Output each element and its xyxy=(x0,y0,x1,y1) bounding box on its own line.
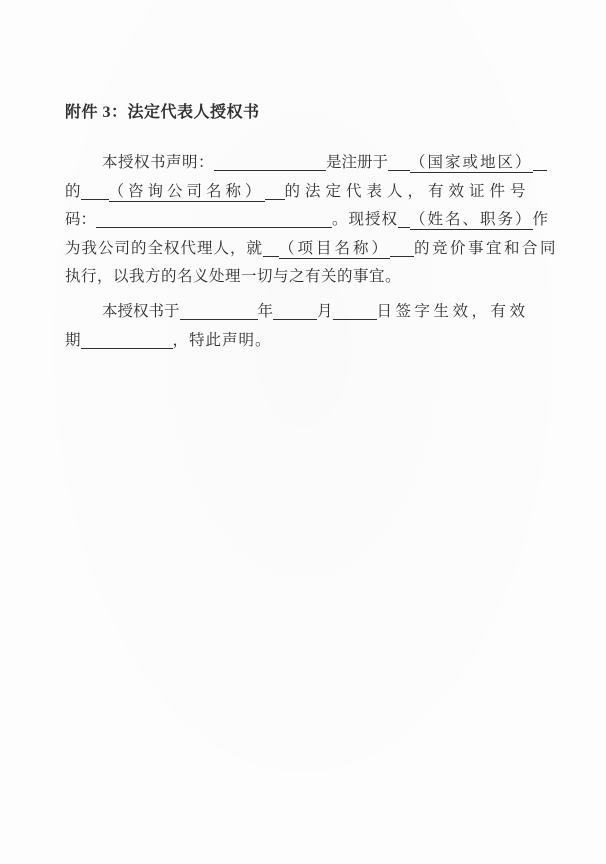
text-line: 本授权书于年月日签字生效，有效 xyxy=(65,298,551,327)
authorization-declaration-paragraph: 本授权书声明：是注册于（国家或地区） 的（咨询公司名称）的法定代表人，有效证件号… xyxy=(65,149,551,292)
blank-declarant-name xyxy=(214,157,326,171)
bidding-matters-text: 的竞价事宜和合同 xyxy=(414,240,558,257)
project-name-placeholder: （项目名称） xyxy=(279,240,390,259)
text-line: 码：。现授权（姓名、职务）作 xyxy=(65,206,551,235)
handle-all-matters-text: 执行，以我方的名义处理一切与之有关的事宜。 xyxy=(65,268,401,285)
registered-in-text: 是注册于 xyxy=(326,154,388,171)
blank-company-name-tail xyxy=(265,186,285,200)
effective-upon-signature-text: 日签字生效，有效 xyxy=(377,303,529,320)
document-page: 附件 3：法定代表人授权书 本授权书声明：是注册于（国家或地区） 的（咨询公司名… xyxy=(0,0,606,864)
company-name-placeholder: （咨询公司名称） xyxy=(109,183,265,202)
attachment-title: 附件 3：法定代表人授权书 xyxy=(65,99,260,122)
blank-day xyxy=(333,306,377,320)
month-label-text: 月 xyxy=(317,303,333,320)
blank-country-region-lead xyxy=(388,157,410,171)
blank-company-name-lead xyxy=(81,186,109,200)
of-text: 的 xyxy=(65,183,81,200)
agent-name-title-placeholder: （姓名、职务） xyxy=(410,211,533,230)
blank-country-region-tail xyxy=(533,157,547,171)
hereby-authorize-text: 。现授权 xyxy=(332,211,398,228)
year-label-text: 年 xyxy=(258,303,274,320)
country-region-placeholder: （国家或地区） xyxy=(410,154,533,173)
blank-id-number xyxy=(96,214,332,228)
blank-agent-name-lead xyxy=(398,214,410,228)
as-text: 作 xyxy=(533,211,549,228)
effective-date-paragraph: 本授权书于年月日签字生效，有效 期，特此声明。 xyxy=(65,298,551,355)
blank-month xyxy=(273,306,317,320)
blank-project-name-lead xyxy=(263,243,279,257)
legal-representative-text: 的法定代表人，有效证件号 xyxy=(285,183,531,200)
blank-project-name-tail xyxy=(390,243,414,257)
text-line: 期，特此声明。 xyxy=(65,327,551,356)
plenipotentiary-agent-text: 为我公司的全权代理人，就 xyxy=(65,240,263,257)
hereby-declare-text: ，特此声明。 xyxy=(173,332,272,349)
letter-signed-on-text: 本授权书于 xyxy=(102,303,180,320)
text-line: 为我公司的全权代理人，就（项目名称）的竞价事宜和合同 xyxy=(65,235,551,264)
text-line: 执行，以我方的名义处理一切与之有关的事宜。 xyxy=(65,263,551,292)
text-line: 的（咨询公司名称）的法定代表人，有效证件号 xyxy=(65,178,551,207)
declaration-lead-text: 本授权书声明： xyxy=(102,154,214,171)
id-number-label-text: 码： xyxy=(65,211,96,228)
blank-validity-period xyxy=(81,335,173,349)
validity-period-label-text: 期 xyxy=(65,332,81,349)
blank-year xyxy=(180,306,258,320)
text-line: 本授权书声明：是注册于（国家或地区） xyxy=(65,149,551,178)
